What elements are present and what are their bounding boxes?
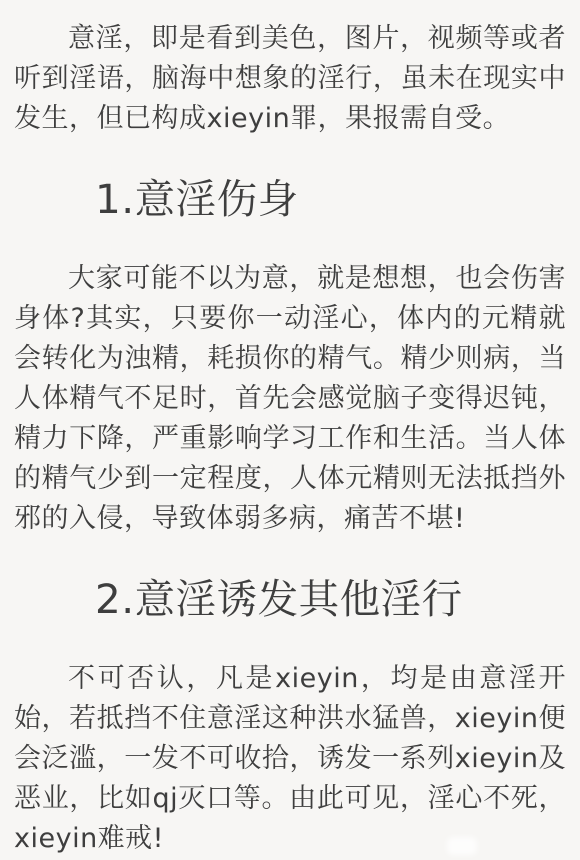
- paragraph-intro: 意淫，即是看到美色，图片，视频等或者听到淫语，脑海中想象的淫行，虽未在现实中发生…: [14, 19, 566, 139]
- section-heading-harm-body: 1.意淫伤身: [14, 179, 566, 219]
- section-heading-induce-other: 2.意淫诱发其他淫行: [14, 579, 566, 619]
- paragraph-induce-other: 不可否认，凡是xieyin，均是由意淫开始，若抵挡不住意淫这种洪水猛兽，xiey…: [14, 659, 566, 859]
- paragraph-harm-body: 大家可能不以为意，就是想想，也会伤害身体?其实，只要你一动淫心，体内的元精就会转…: [14, 259, 566, 539]
- article-page: 意淫，即是看到美色，图片，视频等或者听到淫语，脑海中想象的淫行，虽未在现实中发生…: [0, 0, 580, 860]
